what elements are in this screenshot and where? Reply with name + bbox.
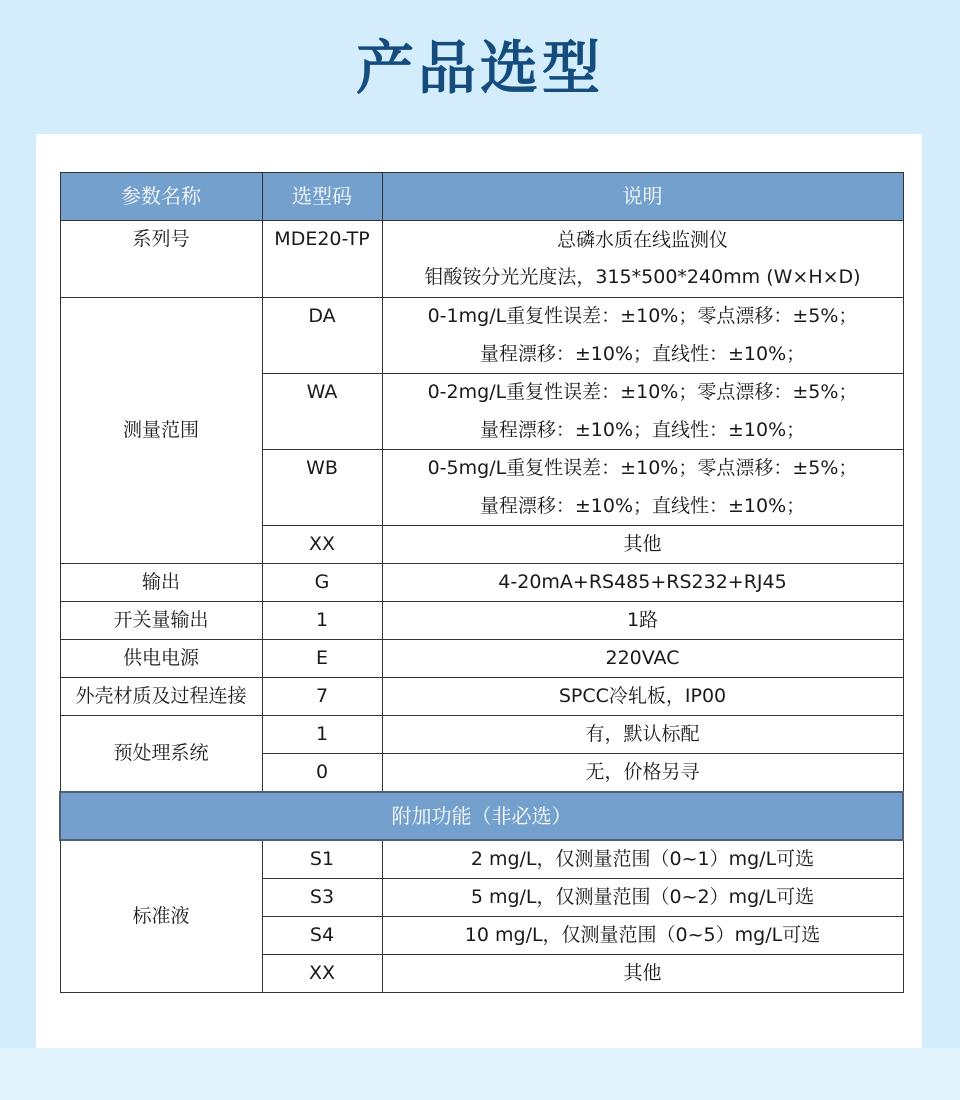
column-header-param: 参数名称 <box>60 173 262 221</box>
param-cell: 开关量输出 <box>60 602 262 640</box>
page-title: 产品选型 <box>0 28 960 108</box>
code-cell: MDE20-TP <box>262 221 382 298</box>
code-cell: XX <box>262 526 382 564</box>
desc-cell: 10 mg/L，仅测量范围（0~5）mg/L可选 <box>382 917 903 955</box>
desc-cell: 220VAC <box>382 640 903 678</box>
desc-line: 钼酸铵分光光度法，315*500*240mm (W×H×D) <box>383 259 903 297</box>
desc-cell: 2 mg/L，仅测量范围（0~1）mg/L可选 <box>382 840 903 879</box>
desc-line: 0-5mg/L重复性误差：±10%；零点漂移：±5%； <box>383 450 903 488</box>
table-row-power: 供电电源 E 220VAC <box>60 640 903 678</box>
desc-line: 量程漂移：±10%；直线性：±10%； <box>383 488 903 526</box>
desc-cell: 0-1mg/L重复性误差：±10%；零点漂移：±5%； 量程漂移：±10%；直线… <box>382 298 903 374</box>
code-cell: 7 <box>262 678 382 716</box>
desc-cell: 其他 <box>382 526 903 564</box>
column-header-code: 选型码 <box>262 173 382 221</box>
table-row-pretreatment: 预处理系统 1 有，默认标配 <box>60 716 903 754</box>
addon-section-row: 附加功能（非必选） <box>60 792 903 840</box>
desc-cell: SPCC冷轧板，IP00 <box>382 678 903 716</box>
param-cell: 预处理系统 <box>60 716 262 793</box>
table-row-standard-solution: 标准液 S1 2 mg/L，仅测量范围（0~1）mg/L可选 <box>60 840 903 879</box>
table-row-range: 测量范围 DA 0-1mg/L重复性误差：±10%；零点漂移：±5%； 量程漂移… <box>60 298 903 374</box>
table-row-output: 输出 G 4-20mA+RS485+RS232+RJ45 <box>60 564 903 602</box>
code-cell: 1 <box>262 716 382 754</box>
desc-cell: 无，价格另寻 <box>382 754 903 793</box>
table-header-row: 参数名称 选型码 说明 <box>60 173 903 221</box>
code-cell: G <box>262 564 382 602</box>
desc-cell: 0-5mg/L重复性误差：±10%；零点漂移：±5%； 量程漂移：±10%；直线… <box>382 450 903 526</box>
desc-cell: 其他 <box>382 955 903 993</box>
desc-cell: 0-2mg/L重复性误差：±10%；零点漂移：±5%； 量程漂移：±10%；直线… <box>382 374 903 450</box>
table-row-series: 系列号 MDE20-TP 总磷水质在线监测仪 钼酸铵分光光度法，315*500*… <box>60 221 903 298</box>
param-cell: 系列号 <box>60 221 262 298</box>
table-row-housing: 外壳材质及过程连接 7 SPCC冷轧板，IP00 <box>60 678 903 716</box>
desc-cell: 4-20mA+RS485+RS232+RJ45 <box>382 564 903 602</box>
bottom-band <box>0 1048 960 1100</box>
table-row-switch-output: 开关量输出 1 1路 <box>60 602 903 640</box>
desc-cell: 总磷水质在线监测仪 钼酸铵分光光度法，315*500*240mm (W×H×D) <box>382 221 903 298</box>
param-cell: 供电电源 <box>60 640 262 678</box>
desc-line: 0-2mg/L重复性误差：±10%；零点漂移：±5%； <box>383 374 903 412</box>
code-cell: WA <box>262 374 382 450</box>
desc-line: 量程漂移：±10%；直线性：±10%； <box>383 412 903 450</box>
desc-line: 量程漂移：±10%；直线性：±10%； <box>383 336 903 374</box>
column-header-desc: 说明 <box>382 173 903 221</box>
param-cell: 输出 <box>60 564 262 602</box>
code-cell: S4 <box>262 917 382 955</box>
code-cell: XX <box>262 955 382 993</box>
code-cell: 0 <box>262 754 382 793</box>
code-cell: E <box>262 640 382 678</box>
code-cell: DA <box>262 298 382 374</box>
code-cell: S3 <box>262 879 382 917</box>
param-cell: 标准液 <box>60 840 262 993</box>
param-cell: 测量范围 <box>60 298 262 564</box>
param-cell: 外壳材质及过程连接 <box>60 678 262 716</box>
desc-cell: 5 mg/L，仅测量范围（0~2）mg/L可选 <box>382 879 903 917</box>
desc-cell: 1路 <box>382 602 903 640</box>
product-selection-table: 参数名称 选型码 说明 系列号 MDE20-TP 总磷水质在线监测仪 钼酸铵分光… <box>59 172 904 993</box>
addon-section-title: 附加功能（非必选） <box>60 792 903 840</box>
code-cell: 1 <box>262 602 382 640</box>
desc-line: 总磷水质在线监测仪 <box>383 222 903 260</box>
desc-line: 0-1mg/L重复性误差：±10%；零点漂移：±5%； <box>383 298 903 336</box>
desc-cell: 有，默认标配 <box>382 716 903 754</box>
code-cell: WB <box>262 450 382 526</box>
code-cell: S1 <box>262 840 382 879</box>
